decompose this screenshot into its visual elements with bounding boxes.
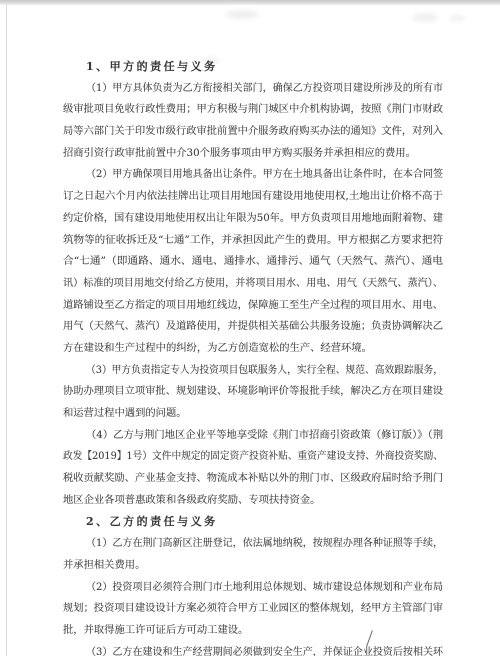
scan-smudge [412,13,438,22]
line-text: （2）甲方确保项目用地具备出让条件。甲方在土地具备出让条件时，在本合同签 [86,164,443,186]
line-text: 用气（天然气、蒸汽）及道路使用，并提供相关基础公共服务设施；负责协调解决乙 [63,316,443,338]
line-text: 地区企业各项普惠政策和各级政府奖励、专项扶持资金。 [63,490,320,512]
line-text: 局等六部门关于印发市级行政审批前置中介服务政府购买办法的通知》文件，对列入 [63,121,443,143]
text-line: （2）甲方确保项目用地具备出让条件。甲方在土地具备出让条件时，在本合同签 [63,164,443,186]
line-text: 级审批项目免收行政性费用；甲方积极与荆门城区中介机构协调，按照《荆门市财政 [63,99,443,121]
scanned-contract-page: 1、甲方的责任与义务（1）甲方具体负责为乙方衔接相关部门，确保乙方投资项目建设所… [0,0,500,656]
section-heading-line: 1、甲方的责任与义务 [63,56,443,78]
page-left-edge [6,4,7,656]
text-line: 招商引资行政审批前置中介30个服务事项由甲方购买服务并承担相应的费用。 [63,143,443,165]
line-text: 税收贡献奖励、产业基金支持、物流成本补贴以外的荆门市、区级政府届时给予荆门 [63,468,443,490]
line-text: 协助办理项目立项审批、规划建设、环境影响评价等报批手续，解决乙方在项目建设 [63,381,443,403]
text-line: 税收贡献奖励、产业基金支持、物流成本补贴以外的荆门市、区级政府届时给予荆门 [63,468,443,490]
text-line: （3）甲方负责指定专人为投资项目包联服务人，实行全程、规范、高效跟踪服务， [63,360,443,382]
line-text: 筑物等的征收拆迁及“七通”工作，并承担因此产生的费用。甲方根据乙方要求把符 [63,230,443,252]
text-line: （1）乙方在荆门高新区注册登记，依法属地纳税，按规程办理各种证照等手续， [63,533,443,555]
text-line: 订之日起六个月内依法挂牌出让项目用地国有建设用地使用权,土地出让价格不高于 [63,186,443,208]
text-line: 方在建设和生产过程中的纠纷，为乙方创造宽松的生产、经营环境。 [63,338,443,360]
text-line: （3）乙方在建设和生产经营期间必须做到安全生产，并保证企业投资后按相关环 [63,642,443,656]
text-line: （4）乙方与荆门地区企业平等地享受除《荆门市招商引资政策（修订版）》（荆 [63,425,443,447]
text-line: （2）投资项目必须符合荆门市土地利用总体规划、城市建设总体规划和产业布局 [63,577,443,599]
line-text: 批，并取得施工许可证后方可动工建设。 [63,620,248,642]
text-line: 用气（天然气、蒸汽）及道路使用，并提供相关基础公共服务设施；负责协调解决乙 [63,316,443,338]
scan-smudge [225,10,259,19]
line-text: 规划；投资项目建设设计方案必须符合甲方工业园区的整体规划，经甲方主管部门审 [63,598,443,620]
line-text: 招商引资行政审批前置中介30个服务事项由甲方购买服务并承担相应的费用。 [63,143,416,165]
line-text: 1、甲方的责任与义务 [86,56,218,78]
line-text: 并承担相关费用。 [63,555,145,577]
text-line: 政发【2019】1号）文件中规定的固定资产投资补贴、重资产建设支持、外商投资奖励… [63,446,443,468]
line-text: 道路铺设至乙方指定的项目用地红线边，保障施工至生产全过程的项目用水、用电、 [63,295,443,317]
line-text: 政发【2019】1号）文件中规定的固定资产投资补贴、重资产建设支持、外商投资奖励… [63,446,443,468]
line-text: （4）乙方与荆门地区企业平等地享受除《荆门市招商引资政策（修订版）》（荆 [86,425,443,447]
line-text: 合“七通”（即通路、通水、通电、通排水、通排污、通气（天然气、蒸汽）、通电 [63,251,443,273]
text-line: 协助办理项目立项审批、规划建设、环境影响评价等报批手续，解决乙方在项目建设 [63,381,443,403]
text-line: 讯）标准的项目用地交付给乙方使用，并将项目用水、用电、用气（天然气、蒸汽）、 [63,273,443,295]
line-text: 2、乙方的责任与义务 [86,511,218,533]
text-line: 和运营过程中遇到的问题。 [63,403,443,425]
line-text: 订之日起六个月内依法挂牌出让项目用地国有建设用地使用权,土地出让价格不高于 [63,186,443,208]
page-top-edge [0,0,500,5]
text-line: 并承担相关费用。 [63,555,443,577]
line-text: 和运营过程中遇到的问题。 [63,403,187,425]
line-text: （3）甲方负责指定专人为投资项目包联服务人，实行全程、规范、高效跟踪服务， [86,360,443,382]
line-text: 约定价格，国有建设用地使用权出让年限为50年。甲方负责项目用地地面附着物、建 [63,208,443,230]
line-text: 讯）标准的项目用地交付给乙方使用，并将项目用水、用电、用气（天然气、蒸汽）、 [63,273,443,295]
line-text: （2）投资项目必须符合荆门市土地利用总体规划、城市建设总体规划和产业布局 [86,577,443,599]
text-line: 局等六部门关于印发市级行政审批前置中介服务政府购买办法的通知》文件，对列入 [63,121,443,143]
line-text: 方在建设和生产过程中的纠纷，为乙方创造宽松的生产、经营环境。 [63,338,372,360]
section-heading-line: 2、乙方的责任与义务 [63,511,443,533]
line-text: （1）甲方具体负责为乙方衔接相关部门，确保乙方投资项目建设所涉及的所有市 [86,78,443,100]
text-line: 道路铺设至乙方指定的项目用地红线边，保障施工至生产全过程的项目用水、用电、 [63,295,443,317]
text-line: 地区企业各项普惠政策和各级政府奖励、专项扶持资金。 [63,490,443,512]
scan-smudge [449,15,465,22]
text-line: （1）甲方具体负责为乙方衔接相关部门，确保乙方投资项目建设所涉及的所有市 [63,78,443,100]
line-text: （1）乙方在荆门高新区注册登记，依法属地纳税，按规程办理各种证照等手续， [86,533,443,555]
text-line: 规划；投资项目建设设计方案必须符合甲方工业园区的整体规划，经甲方主管部门审 [63,598,443,620]
text-line: 合“七通”（即通路、通水、通电、通排水、通排污、通气（天然气、蒸汽）、通电 [63,251,443,273]
text-line: 约定价格，国有建设用地使用权出让年限为50年。甲方负责项目用地地面附着物、建 [63,208,443,230]
text-line: 级审批项目免收行政性费用；甲方积极与荆门城区中介机构协调，按照《荆门市财政 [63,99,443,121]
text-line: 筑物等的征收拆迁及“七通”工作，并承担因此产生的费用。甲方根据乙方要求把符 [63,230,443,252]
contract-text-block: 1、甲方的责任与义务（1）甲方具体负责为乙方衔接相关部门，确保乙方投资项目建设所… [63,56,443,656]
line-text: （3）乙方在建设和生产经营期间必须做到安全生产，并保证企业投资后按相关环 [86,642,443,656]
text-line: 批，并取得施工许可证后方可动工建设。 [63,620,443,642]
